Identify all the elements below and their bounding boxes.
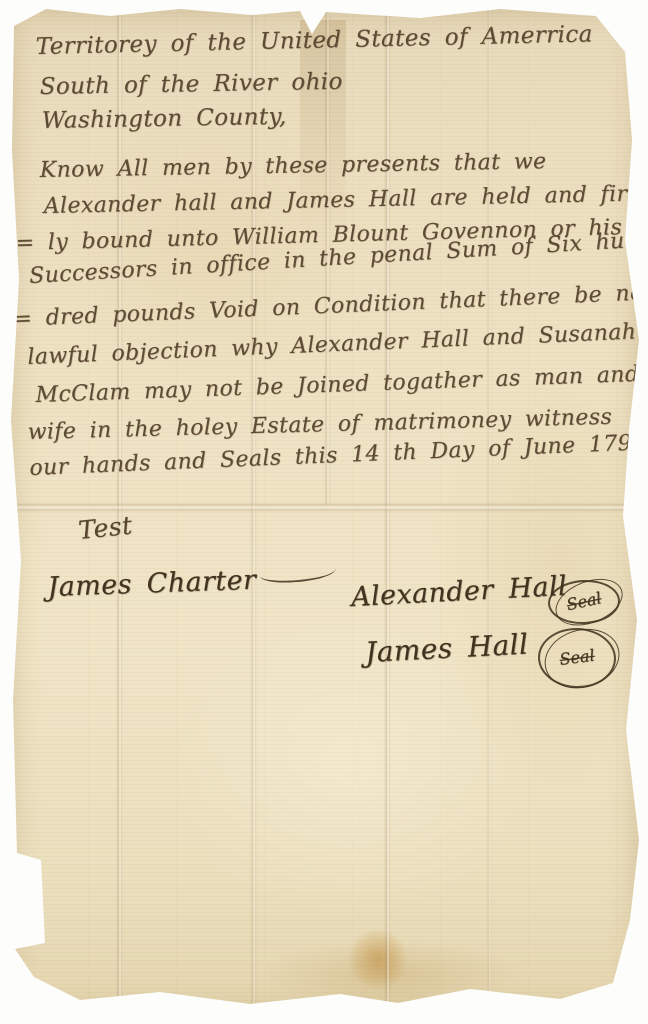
heading-line-territory: Territorey of the United States of Amerr… (35, 21, 593, 60)
manuscript-line: = dred pounds Void on Condition that the… (13, 281, 644, 332)
attestation-label: Test (77, 511, 134, 545)
manuscript-line: our hands and Seals this 14 th Day of Ju… (29, 430, 647, 481)
scanned-document-page: Territorey of the United States of Amerr… (0, 0, 648, 1024)
witness-signature-name: James Charter (47, 565, 257, 603)
seal-ring (547, 578, 621, 626)
signature-alexander-hall: Alexander Hall (350, 571, 567, 613)
paper-highlight (170, 620, 530, 920)
paper-mottling (430, 360, 648, 800)
seal-ring (549, 570, 629, 634)
signature-flourish (260, 567, 336, 584)
vertical-fold-crease (324, 0, 331, 505)
vertical-fold-crease (486, 0, 493, 1024)
seal-label: Seal (537, 643, 617, 671)
heading-line-county: Washington County, (42, 104, 287, 134)
vertical-fold-crease (250, 0, 257, 1024)
manuscript-paper-sheet: Territorey of the United States of Amerr… (0, 0, 648, 1024)
seal-ring (537, 627, 617, 690)
manuscript-line: = ly bound unto William Blount Govennon … (15, 215, 622, 256)
manuscript-line: Alexander hall and James Hall are held a… (43, 181, 648, 219)
vertical-fold-crease (116, 0, 123, 1024)
horizontal-fold-crease (0, 502, 648, 512)
seal-label: Seal (547, 584, 621, 618)
signature-james-hall: James Hall (364, 627, 529, 669)
witness-signature: James Charter (47, 562, 337, 603)
bottom-stain (338, 918, 418, 1000)
manuscript-line: Know All men by these presents that we (40, 149, 547, 183)
manuscript-line: lawful objection why Alexander Hall and … (27, 320, 637, 370)
paper-mottling (50, 110, 370, 390)
fold-shadow-stain (300, 20, 346, 240)
ink-seal-scribble: Seal (545, 575, 623, 630)
bottom-stain-halo (260, 940, 520, 1010)
heading-line-south-of-river: South of the River ohio (40, 69, 344, 100)
manuscript-line: McClam may not be Joined togather as man… (35, 362, 640, 408)
ink-seal-scribble: Seal (536, 625, 618, 690)
vertical-fold-crease (384, 0, 391, 1024)
manuscript-line: Successors in office in the penal Sum of… (29, 228, 640, 289)
manuscript-line: wife in the holey Estate of matrimoney w… (27, 405, 612, 445)
seal-ring (538, 620, 627, 697)
